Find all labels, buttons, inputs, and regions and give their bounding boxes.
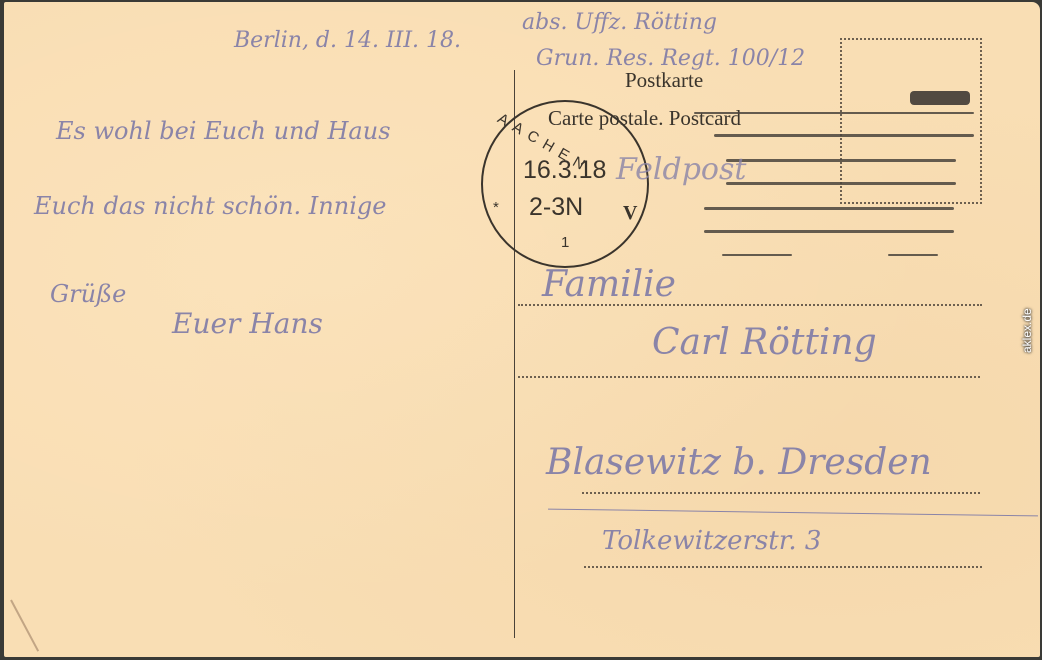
cancellation-bar (704, 230, 954, 233)
postmark-number: 1 (561, 234, 569, 251)
cancellation-bar (888, 254, 938, 256)
cancellation-bar (694, 112, 974, 114)
address-rule (582, 492, 980, 494)
postmark-letter: V (623, 202, 637, 225)
postcard-title: Postkarte (625, 68, 703, 93)
cancellation-bar (722, 254, 792, 256)
address-rule (584, 566, 982, 568)
message-line-2: Euch das nicht schön. Innige (34, 192, 386, 220)
postmark-date: 16.3.18 (523, 156, 606, 185)
cancellation-bar (704, 207, 954, 210)
message-line-1: Es wohl bei Euch und Haus (56, 117, 391, 145)
cancellation-bar (714, 134, 974, 137)
address-line-2: Carl Rötting (652, 322, 877, 363)
place-date: Berlin, d. 14. III. 18. (234, 28, 461, 53)
cancellation-blob (910, 91, 970, 105)
address-line-4: Tolkewitzerstr. 3 (602, 526, 821, 556)
card-crease (10, 600, 39, 652)
postmark-time: 2-3N (529, 193, 583, 222)
postcard-back: Berlin, d. 14. III. 18. Es wohl bei Euch… (4, 2, 1040, 657)
watermark: aklex.de (1016, 300, 1038, 362)
message-signature: Euer Hans (172, 307, 323, 340)
address-rule (518, 304, 982, 306)
underline-stroke (548, 509, 1038, 517)
feldpost-note: Feldpost (616, 152, 746, 187)
address-rule (518, 376, 980, 378)
address-line-1: Familie (542, 264, 676, 305)
message-greeting: Grüße (50, 280, 126, 308)
cancellation-bar (726, 159, 956, 162)
stamp-placeholder-box (840, 38, 982, 204)
sender-line-1: abs. Uffz. Rötting (522, 10, 717, 35)
star-icon: * (493, 199, 499, 216)
address-line-3: Blasewitz b. Dresden (546, 442, 932, 483)
cancellation-bar (726, 182, 956, 185)
